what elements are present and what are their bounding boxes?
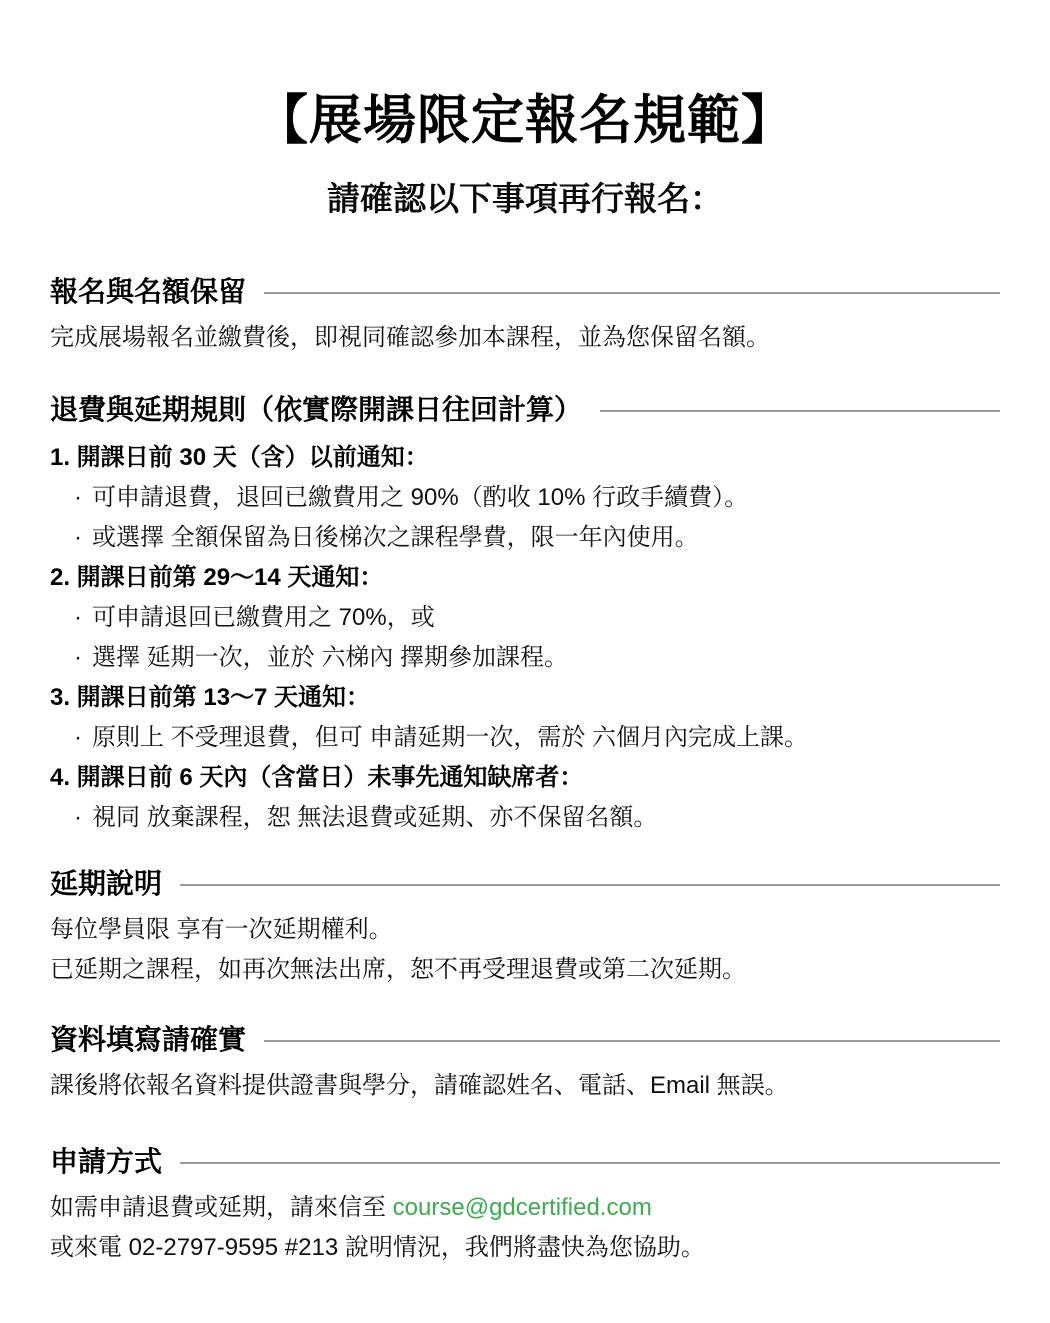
refund-rule-item: 4. 開課日前 6 天內（含當日）未事先通知缺席者： · 視同 放棄課程，恕 無…: [50, 758, 1000, 838]
section-postpone: 延期說明 每位學員限 享有一次延期權利。 已延期之課程，如再次無法出席，恕不再受…: [50, 864, 1000, 990]
bullet-text: 選擇 延期一次，並於 六梯內 擇期參加課程。: [92, 638, 568, 678]
postpone-line: 已延期之課程，如再次無法出席，恕不再受理退費或第二次延期。: [50, 950, 1000, 990]
section-rule: [180, 1162, 1000, 1164]
bullet-text: 原則上 不受理退費，但可 申請延期一次，需於 六個月內完成上課。: [92, 718, 808, 758]
section-rule: [264, 1040, 1000, 1042]
section-apply-header: 申請方式: [50, 1142, 1000, 1182]
apply-phone-line: 或來電 02-2797-9595 #213 說明情況，我們將盡快為您協助。: [50, 1228, 1000, 1268]
refund-rule-item: 2. 開課日前第 29～14 天通知： · 可申請退回已繳費用之 70%，或 ·…: [50, 558, 1000, 678]
refund-item-label: 1. 開課日前 30 天（含）以前通知：: [50, 438, 1000, 478]
bullet-text: 可申請退回已繳費用之 70%，或: [92, 598, 435, 638]
bullet-text: 視同 放棄課程，恕 無法退費或延期、亦不保留名額。: [92, 798, 657, 838]
section-registration-header: 報名與名額保留: [50, 272, 1000, 312]
bullet-dot: ·: [74, 718, 92, 758]
bullet-dot: ·: [74, 798, 92, 838]
postpone-line: 每位學員限 享有一次延期權利。: [50, 910, 1000, 950]
bullet-dot: ·: [74, 518, 92, 558]
section-apply: 申請方式 如需申請退費或延期，請來信至 course@gdcertified.c…: [50, 1142, 1000, 1268]
bullet-line: · 原則上 不受理退費，但可 申請延期一次，需於 六個月內完成上課。: [50, 718, 1000, 758]
refund-item-label: 4. 開課日前 6 天內（含當日）未事先通知缺席者：: [50, 758, 1000, 798]
page-title: 【展場限定報名規範】: [50, 0, 1000, 156]
section-data-check-heading: 資料填寫請確實: [50, 1020, 246, 1060]
email-link[interactable]: course@gdcertified.com: [393, 1194, 652, 1221]
section-postpone-header: 延期說明: [50, 864, 1000, 904]
bullet-line: · 可申請退回已繳費用之 70%，或: [50, 598, 1000, 638]
section-rule: [600, 410, 1000, 412]
apply-email-line: 如需申請退費或延期，請來信至 course@gdcertified.com: [50, 1188, 1000, 1228]
section-registration: 報名與名額保留 完成展場報名並繳費後，即視同確認參加本課程，並為您保留名額。: [50, 272, 1000, 358]
bullet-dot: ·: [74, 638, 92, 678]
section-rule: [180, 884, 1000, 886]
section-registration-body: 完成展場報名並繳費後，即視同確認參加本課程，並為您保留名額。: [50, 318, 1000, 358]
data-check-body: 課後將依報名資料提供證書與學分，請確認姓名、電話、Email 無誤。: [50, 1066, 1000, 1106]
bullet-dot: ·: [74, 598, 92, 638]
section-refund-header: 退費與延期規則（依實際開課日往回計算）: [50, 390, 1000, 430]
bullet-line: · 可申請退費，退回已繳費用之 90%（酌收 10% 行政手續費）。: [50, 478, 1000, 518]
refund-rule-item: 3. 開課日前第 13～7 天通知： · 原則上 不受理退費，但可 申請延期一次…: [50, 678, 1000, 758]
section-data-check: 資料填寫請確實 課後將依報名資料提供證書與學分，請確認姓名、電話、Email 無…: [50, 1020, 1000, 1106]
bullet-dot: ·: [74, 478, 92, 518]
section-rule: [264, 292, 1000, 294]
section-data-check-header: 資料填寫請確實: [50, 1020, 1000, 1060]
bullet-line: · 選擇 延期一次，並於 六梯內 擇期參加課程。: [50, 638, 1000, 678]
bullet-line: · 視同 放棄課程，恕 無法退費或延期、亦不保留名額。: [50, 798, 1000, 838]
notice-page: 【展場限定報名規範】 請確認以下事項再行報名： 報名與名額保留 完成展場報名並繳…: [0, 0, 1050, 1323]
section-postpone-heading: 延期說明: [50, 864, 162, 904]
bullet-text: 可申請退費，退回已繳費用之 90%（酌收 10% 行政手續費）。: [92, 478, 748, 518]
apply-email-prefix: 如需申請退費或延期，請來信至: [50, 1194, 393, 1221]
section-refund: 退費與延期規則（依實際開課日往回計算） 1. 開課日前 30 天（含）以前通知：…: [50, 390, 1000, 838]
section-apply-heading: 申請方式: [50, 1142, 162, 1182]
refund-item-label: 2. 開課日前第 29～14 天通知：: [50, 558, 1000, 598]
bullet-text: 或選擇 全額保留為日後梯次之課程學費，限一年內使用。: [92, 518, 699, 558]
section-refund-heading: 退費與延期規則（依實際開課日往回計算）: [50, 390, 582, 430]
refund-rule-list: 1. 開課日前 30 天（含）以前通知： · 可申請退費，退回已繳費用之 90%…: [50, 438, 1000, 838]
bullet-line: · 或選擇 全額保留為日後梯次之課程學費，限一年內使用。: [50, 518, 1000, 558]
section-registration-heading: 報名與名額保留: [50, 272, 246, 312]
refund-rule-item: 1. 開課日前 30 天（含）以前通知： · 可申請退費，退回已繳費用之 90%…: [50, 438, 1000, 558]
page-subtitle: 請確認以下事項再行報名：: [50, 176, 1000, 222]
refund-item-label: 3. 開課日前第 13～7 天通知：: [50, 678, 1000, 718]
